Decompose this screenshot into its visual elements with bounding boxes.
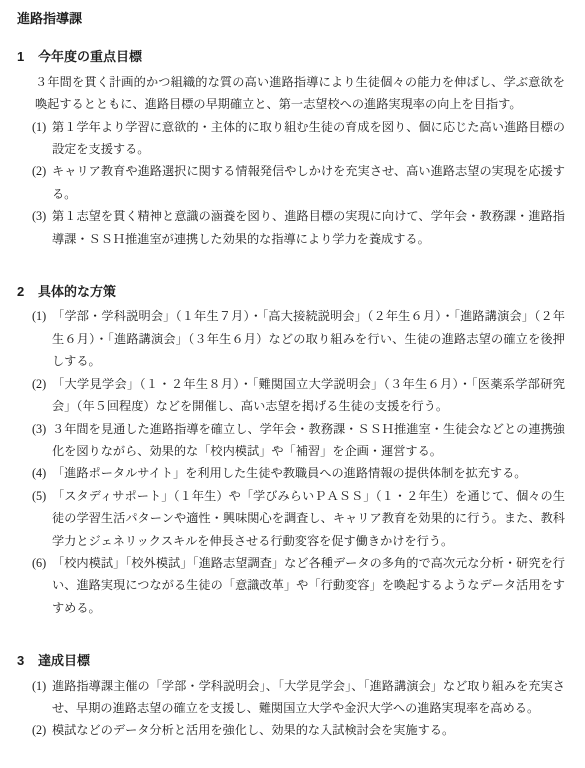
section-heading: 2具体的な方策 [17, 281, 565, 303]
section-title: 具体的な方策 [38, 284, 116, 299]
item-text: キャリア教育や進路選択に関する情報発信やしかけを充実させ、高い進路志望の実現を応… [52, 160, 565, 205]
item-text: 「スタディサポート」（１年生）や「学びみらいＰＡＳＳ」（１・２年生）を通じて、個… [52, 485, 565, 552]
list-item: (3) 第１志望を貫く精神と意識の涵養を図り、進路目標の実現に向けて、学年会・教… [17, 205, 565, 250]
item-text: 模試などのデータ分析と活用を強化し、効果的な入試検討会を実施する。 [52, 719, 565, 741]
list-item: (4) 「進路ポータルサイト」を利用した生徒や教職員への進路情報の提供体制を拡充… [17, 462, 565, 484]
section-title: 今年度の重点目標 [38, 49, 142, 64]
item-text: 第１学年より学習に意欲的・主体的に取り組む生徒の育成を図り、個に応じた高い進路目… [52, 116, 565, 161]
item-label: (1) [32, 675, 52, 720]
item-label: (4) [32, 462, 52, 484]
item-label: (6) [32, 552, 52, 619]
list-item: (5) 「スタディサポート」（１年生）や「学びみらいＰＡＳＳ」（１・２年生）を通… [17, 485, 565, 552]
list-item: (6) 「校内模試」「校外模試」「進路志望調査」など各種データの多角的で高次元な… [17, 552, 565, 619]
item-label: (5) [32, 485, 52, 552]
item-label: (2) [32, 719, 52, 741]
section-priority-goals: 1今年度の重点目標 ３年間を貫く計画的かつ組織的な質の高い進路指導により生徒個々… [17, 46, 565, 250]
item-label: (1) [32, 305, 52, 372]
item-label: (2) [32, 373, 52, 418]
section-number: 3 [17, 650, 38, 672]
document-title: 進路指導課 [17, 8, 565, 30]
section-number: 2 [17, 281, 38, 303]
section-intro-paragraph: ３年間を貫く計画的かつ組織的な質の高い進路指導により生徒個々の能力を伸ばし、学ぶ… [35, 71, 565, 116]
list-item: (1) 進路指導課主催の「学部・学科説明会」、「大学見学会」、「進路講演会」など… [17, 675, 565, 720]
section-heading: 1今年度の重点目標 [17, 46, 565, 68]
section-concrete-measures: 2具体的な方策 (1) 「学部・学科説明会」（１年生７月）・「高大接続説明会」（… [17, 281, 565, 619]
list-item: (1) 第１学年より学習に意欲的・主体的に取り組む生徒の育成を図り、個に応じた高… [17, 116, 565, 161]
item-text: ３年間を見通した進路指導を確立し、学年会・教務課・ＳＳＨ推進室・生徒会などとの連… [52, 418, 565, 463]
item-label: (2) [32, 160, 52, 205]
list-item: (2) キャリア教育や進路選択に関する情報発信やしかけを充実させ、高い進路志望の… [17, 160, 565, 205]
section-achievement-goals: 3達成目標 (1) 進路指導課主催の「学部・学科説明会」、「大学見学会」、「進路… [17, 650, 565, 742]
item-text: 進路指導課主催の「学部・学科説明会」、「大学見学会」、「進路講演会」など取り組み… [52, 675, 565, 720]
list-item: (3) ３年間を見通した進路指導を確立し、学年会・教務課・ＳＳＨ推進室・生徒会な… [17, 418, 565, 463]
item-text: 第１志望を貫く精神と意識の涵養を図り、進路目標の実現に向けて、学年会・教務課・進… [52, 205, 565, 250]
item-label: (3) [32, 418, 52, 463]
item-text: 「進路ポータルサイト」を利用した生徒や教職員への進路情報の提供体制を拡充する。 [52, 462, 565, 484]
item-label: (3) [32, 205, 52, 250]
section-number: 1 [17, 46, 38, 68]
list-item: (1) 「学部・学科説明会」（１年生７月）・「高大接続説明会」（２年生６月）・「… [17, 305, 565, 372]
item-text: 「大学見学会」（１・２年生８月）・「難関国立大学説明会」（３年生６月）・「医薬系… [52, 373, 565, 418]
section-heading: 3達成目標 [17, 650, 565, 672]
list-item: (2) 「大学見学会」（１・２年生８月）・「難関国立大学説明会」（３年生６月）・… [17, 373, 565, 418]
list-item: (2) 模試などのデータ分析と活用を強化し、効果的な入試検討会を実施する。 [17, 719, 565, 741]
section-title: 達成目標 [38, 653, 90, 668]
item-label: (1) [32, 116, 52, 161]
item-text: 「校内模試」「校外模試」「進路志望調査」など各種データの多角的で高次元な分析・研… [52, 552, 565, 619]
item-text: 「学部・学科説明会」（１年生７月）・「高大接続説明会」（２年生６月）・「進路講演… [52, 305, 565, 372]
